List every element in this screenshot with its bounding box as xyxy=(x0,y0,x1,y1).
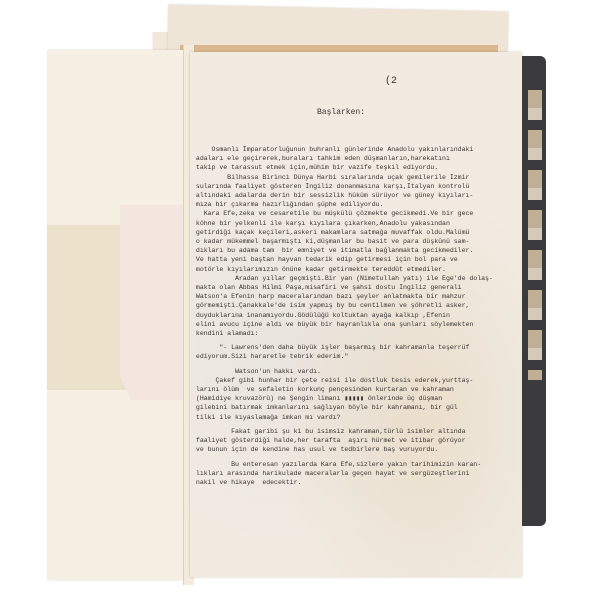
text-line: lıkları arasında harikulade maceralarla … xyxy=(192,469,518,478)
text-line: (Hamidiye kruvazörü) ne Şengin limanı ▮▮… xyxy=(192,394,518,403)
text-line: motörle kıyılarımızın önüne kadar getirm… xyxy=(192,265,518,274)
text-line: Çakef gibi hunhar bir çete reisi ile dos… xyxy=(192,376,518,385)
text-line: tilki ile kıyaslamağa imkan mı vardı? xyxy=(192,413,518,422)
text-line: takip ve tarassut etmek için,mühim bir v… xyxy=(192,163,518,172)
text-line: görmemişti.Çanakkale'de isim yapmış by b… xyxy=(192,301,518,310)
page-number: (2 xyxy=(385,76,397,87)
text-line: elini avucu içine aldı ve büyük bir hayr… xyxy=(192,320,518,329)
text-line: makta olan Abbas Hilmi Paşa,misafiri ve … xyxy=(192,283,518,292)
text-line: Aradan yıllar geçmişti.Bir yan (Nimetull… xyxy=(192,274,518,283)
text-line: köhne bir yelkenli ile karşı kıyılara çı… xyxy=(192,219,518,228)
torn-page-edges xyxy=(528,90,542,380)
text-line: mıza bir çıkarma hazırlığından şüphe edi… xyxy=(192,200,518,209)
text-line: Watson'a Efenin harp maceralarından bazı… xyxy=(192,292,518,301)
text-line: duyduklarına inanamıyordu.Gödülüğü koltu… xyxy=(192,311,518,320)
text-line: Osmanlı İmparatorluğunun buhranlı günler… xyxy=(192,145,518,154)
text-line: Kara Efe,zeka ve cesaretile bu müşkülü ç… xyxy=(192,209,518,218)
text-line: Bu enteresan yazılarda Kara Efe,sizlere … xyxy=(192,460,518,469)
page-heading: Başlarken: xyxy=(317,108,365,117)
text-line: larını ölüm ve sefaletin korkunç pençesi… xyxy=(192,385,518,394)
text-line: kendini alamadı: xyxy=(192,329,518,338)
paragraph: Watson'un hakkı vardı. Çakef gibi hunhar… xyxy=(192,367,518,422)
text-line: adaları ele geçirerek,buraları tahkim ed… xyxy=(192,154,518,163)
text-line: ve bunun için de kendine has usul ve ted… xyxy=(192,445,518,454)
paragraph: Osmanlı İmparatorluğunun buhranlı günler… xyxy=(192,145,518,338)
text-line: Bilhassa Birinci Dünya Harbi sıralarında… xyxy=(192,173,518,182)
body-text: Osmanlı İmparatorluğunun buhranlı günler… xyxy=(192,145,518,487)
left-aged-sheet xyxy=(47,225,127,390)
text-line: getirdiği kaçak keçileri,askeri makamlar… xyxy=(192,228,518,237)
text-line: Ve hatta yeni baştan hayvan tedarik edip… xyxy=(192,255,518,264)
paragraph: Fakat garibi şu ki bu isimsiz kahraman,t… xyxy=(192,427,518,455)
text-line: "- Lawrens'den daha büyük işler başarmış… xyxy=(192,343,518,352)
paragraph: "- Lawrens'den daha büyük işler başarmış… xyxy=(192,343,518,361)
typewritten-page: (2 Başlarken: Osmanlı İmparatorluğunun b… xyxy=(190,52,522,577)
text-line: Fakat garibi şu ki bu isimsiz kahraman,t… xyxy=(192,427,518,436)
text-line: o kadar mükemmel başarmıştı ki,düşmanlar… xyxy=(192,237,518,246)
text-line: dıkları bu adama tam bir emniyet ve itim… xyxy=(192,246,518,255)
text-line: gilebini batırmak imkanlarını sağlıyan b… xyxy=(192,403,518,412)
text-line: nakil ve hikaye edecektir. xyxy=(192,478,518,487)
text-line: altındaki adalarda derin bir sessizlik h… xyxy=(192,191,518,200)
text-line: faaliyet gösterdiği halde,her tarafta aş… xyxy=(192,436,518,445)
text-line: ediyorum.Sizi hararetle tebrik ederim." xyxy=(192,352,518,361)
text-line: Watson'un hakkı vardı. xyxy=(192,367,518,376)
text-line: sularında faaliyet gösteren İngiliz dona… xyxy=(192,182,518,191)
paragraph: Bu enteresan yazılarda Kara Efe,sizlere … xyxy=(192,460,518,488)
